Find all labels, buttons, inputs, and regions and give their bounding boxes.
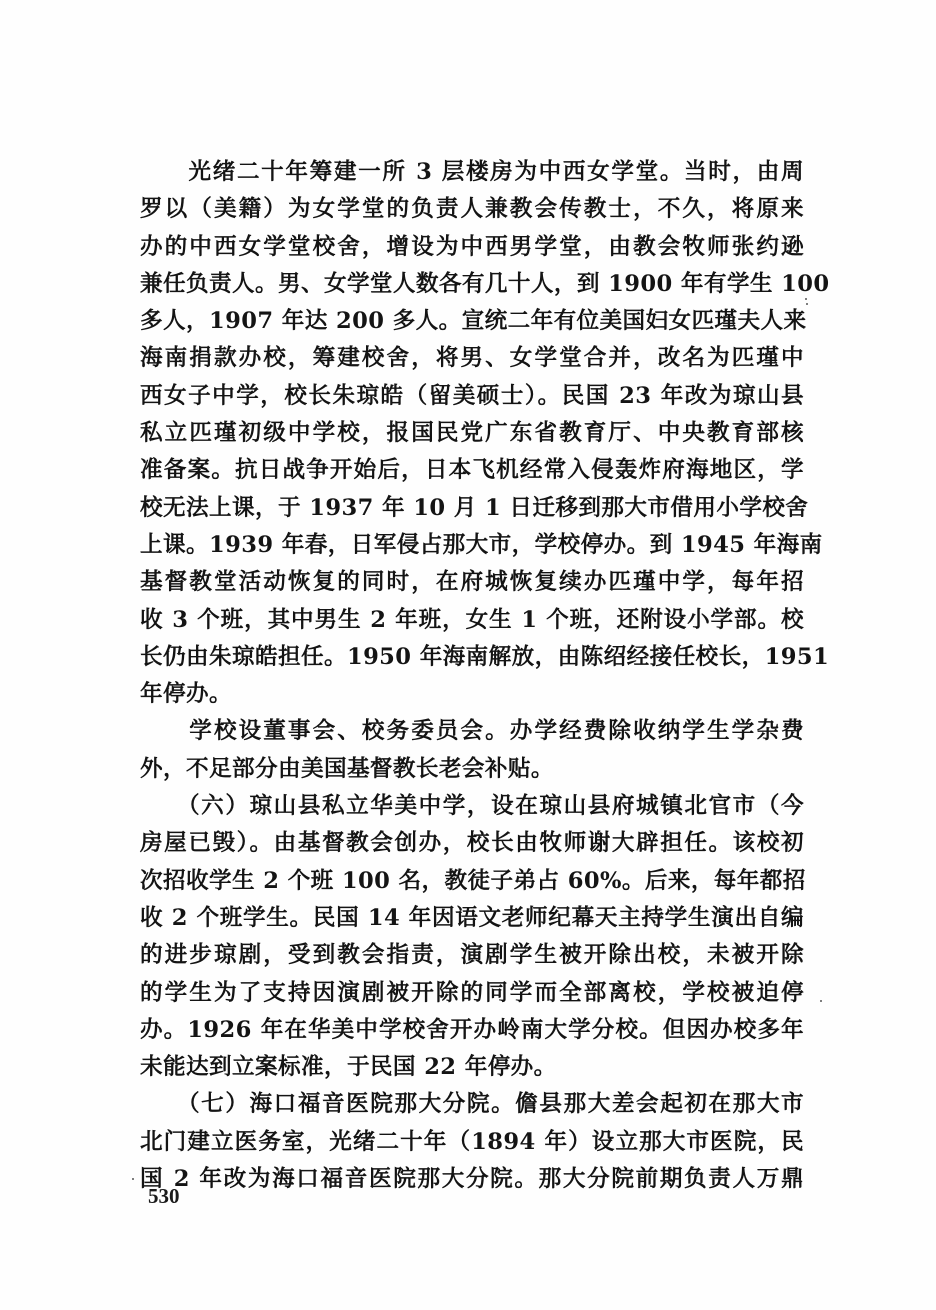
body-text: 光绪二十年筹建一所 3 层楼房为中西女学堂。当时，由周 罗以（美籍）为女学堂的负… [140, 154, 804, 1198]
scan-speck [470, 250, 472, 252]
text-line: 办的中西女学堂校舍，增设为中西男学堂，由教会牧师张约逊 [140, 229, 804, 266]
text-line: 国 2 年改为海口福音医院那大分院。那大分院前期负责人万鼎 [140, 1161, 804, 1198]
text-line: 光绪二十年筹建一所 3 层楼房为中西女学堂。当时，由周 [140, 154, 804, 191]
text-line: 西女子中学，校长朱琼皓（留美硕士）。民国 23 年改为琼山县 [140, 378, 804, 415]
text-line: 收 3 个班，其中男生 2 年班，女生 1 个班，还附设小学部。校 [140, 602, 804, 639]
page-number: 530 [148, 1184, 180, 1209]
text-line: 办。1926 年在华美中学校舍开办岭南大学分校。但因办校多年 [140, 1012, 804, 1049]
text-line: 北门建立医务室，光绪二十年（1894 年）设立那大市医院，民 [140, 1124, 804, 1161]
text-line: 的进步琼剧，受到教会指责，演剧学生被开除出校，未被开除 [140, 937, 804, 974]
scan-speck [806, 303, 808, 305]
text-line: 收 2 个班学生。民国 14 年因语文老师纪幕天主持学生演出自编 [140, 900, 804, 937]
text-line: 多人，1907 年达 200 多人。宣统二年有位美国妇女匹瑾夫人来 [140, 303, 804, 340]
text-line: 未能达到立案标准，于民国 22 年停办。 [140, 1049, 804, 1086]
text-line: 准备案。抗日战争开始后，日本飞机经常入侵轰炸府海地区，学 [140, 452, 804, 489]
text-line: 长仍由朱琼皓担任。1950 年海南解放，由陈绍经接任校长，1951 [140, 639, 804, 676]
text-line: 房屋已毁）。由基督教会创办，校长由牧师谢大辟担任。该校初 [140, 825, 804, 862]
text-line: 的学生为了支持因演剧被开除的同学而全部离校，学校被迫停 [140, 975, 804, 1012]
text-line: 年停办。 [140, 676, 804, 713]
scan-speck [132, 1178, 134, 1180]
text-line: （六）琼山县私立华美中学，设在琼山县府城镇北官市（今 [140, 788, 804, 825]
text-line: 外，不足部分由美国基督教长老会补贴。 [140, 751, 804, 788]
text-line: 次招收学生 2 个班 100 名，教徒子弟占 60%。后来，每年都招 [140, 863, 804, 900]
text-line: （七）海口福音医院那大分院。儋县那大差会起初在那大市 [140, 1086, 804, 1123]
text-line: 海南捐款办校，筹建校舍，将男、女学堂合并，改名为匹瑾中 [140, 340, 804, 377]
text-line: 兼任负责人。男、女学堂人数各有几十人，到 1900 年有学生 100 [140, 266, 804, 303]
text-line: 校无法上课，于 1937 年 10 月 1 日迁移到那大市借用小学校舍 [140, 490, 804, 527]
text-line: 上课。1939 年春，日军侵占那大市，学校停办。到 1945 年海南 [140, 527, 804, 564]
scan-speck [805, 298, 807, 300]
text-line: 学校设董事会、校务委员会。办学经费除收纳学生学杂费 [140, 713, 804, 750]
text-line: 基督教堂活动恢复的同时，在府城恢复续办匹瑾中学，每年招 [140, 564, 804, 601]
scan-speck [820, 1000, 822, 1002]
text-line: 罗以（美籍）为女学堂的负责人兼教会传教士，不久，将原来 [140, 191, 804, 228]
text-line: 私立匹瑾初级中学校，报国民党广东省教育厅、中央教育部核 [140, 415, 804, 452]
scanned-book-page: 光绪二十年筹建一所 3 层楼房为中西女学堂。当时，由周 罗以（美籍）为女学堂的负… [0, 0, 936, 1310]
